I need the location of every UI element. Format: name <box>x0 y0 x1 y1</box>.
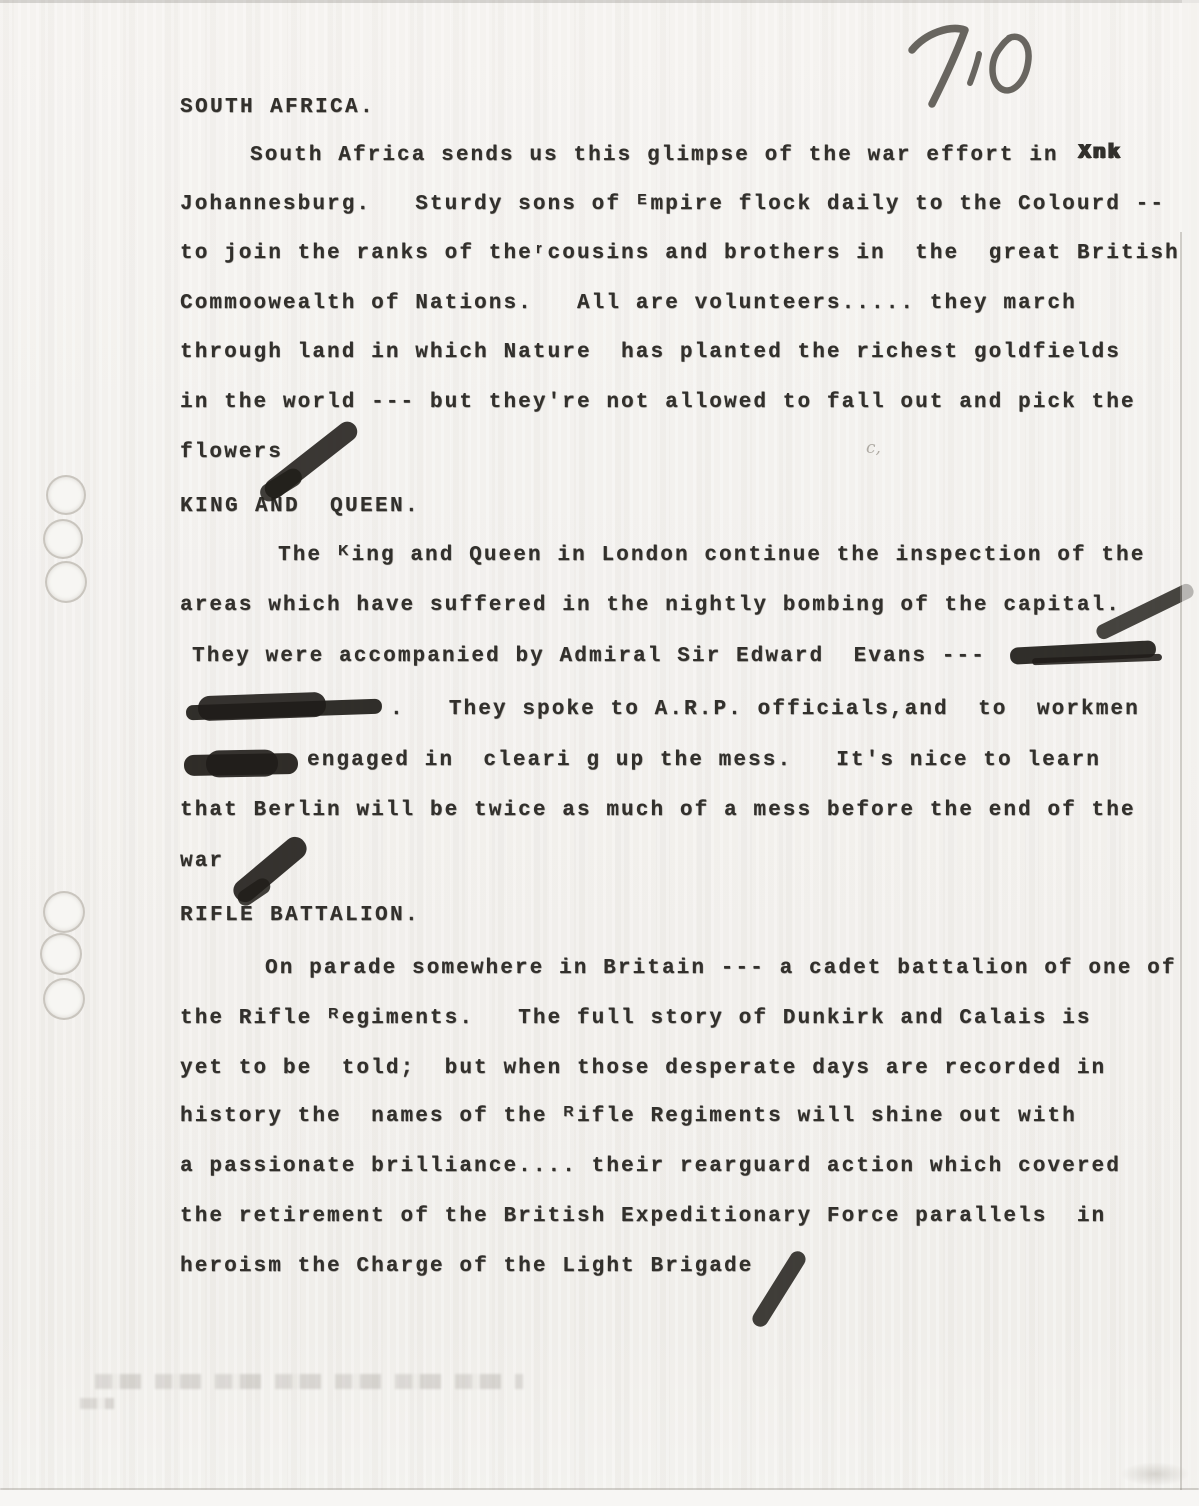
ink-stroke-after-brigade <box>749 1248 808 1329</box>
typed-line: The ᴷing and Queen in London continue th… <box>278 543 1145 569</box>
typed-line: through land in which Nature has planted… <box>180 340 1121 366</box>
pencil-mark: c, <box>866 438 881 458</box>
overstruck-word: Xnk <box>1078 141 1122 167</box>
typed-line: history the names of the ᴿifle Regiments… <box>180 1104 1077 1130</box>
typed-line: Johannesburg. Sturdy sons of ᴱmpire floc… <box>180 192 1165 218</box>
typed-line: areas which have suffered in the nightly… <box>180 593 1121 619</box>
paper-right-edge <box>1180 232 1182 1494</box>
typed-line: the Rifle ᴿegiments. The full story of D… <box>180 1006 1092 1032</box>
typed-line: engaged in cleari g up the mess. It's ni… <box>307 748 1101 774</box>
typed-line: They were accompanied by Admiral Sir Edw… <box>192 644 986 670</box>
redaction-line-start-1-lump <box>198 692 327 721</box>
hole-punch-mark <box>46 475 86 515</box>
typed-line: war <box>180 849 224 875</box>
typed-line: the retirement of the British Expedition… <box>180 1204 1106 1230</box>
typed-line: On parade somewhere in Britain --- a cad… <box>265 956 1177 982</box>
section-heading: KING AND QUEEN. <box>180 494 420 520</box>
hole-punch-mark <box>43 891 85 933</box>
paper-top-edge <box>0 0 1199 3</box>
hole-punch-mark <box>43 519 83 559</box>
document-page: 710 SOUTH AFRICA.South Africa sends us t… <box>0 0 1199 1506</box>
typed-line: in the world --- but they're not allowed… <box>180 390 1136 416</box>
faint-ink-transfer <box>95 1374 523 1389</box>
typed-line: a passionate brilliance.... their reargu… <box>180 1154 1121 1180</box>
typed-line: that Berlin will be twice as much of a m… <box>180 798 1136 824</box>
section-heading: RIFLE BATTALION. <box>180 903 420 929</box>
typed-line: yet to be told; but when those desperate… <box>180 1056 1106 1082</box>
handwritten-page-number: 710 <box>902 20 1034 116</box>
paper-bottom-strip <box>0 1490 1199 1506</box>
typed-line: flowers <box>180 440 283 466</box>
paper-bottom-edge <box>0 1488 1199 1490</box>
hole-punch-mark <box>45 561 87 603</box>
typed-line: heroism the Charge of the Light Brigade <box>180 1254 753 1280</box>
corner-smudge <box>1120 1462 1190 1486</box>
typed-line: to join the ranks of theʳcousins and bro… <box>180 241 1180 267</box>
typed-line: . They spoke to A.R.P. officials,and to … <box>390 697 1140 723</box>
faint-ink-transfer <box>80 1398 114 1409</box>
hole-punch-mark <box>40 933 82 975</box>
paper-right-strip <box>1182 0 1199 1506</box>
redaction-line-start-2-lump <box>206 749 278 777</box>
typed-line: Commoowealth of Nations. All are volunte… <box>180 291 1077 317</box>
typed-line: South Africa sends us this glimpse of th… <box>250 143 1059 169</box>
hole-punch-mark <box>43 978 85 1020</box>
section-heading: SOUTH AFRICA. <box>180 95 375 121</box>
